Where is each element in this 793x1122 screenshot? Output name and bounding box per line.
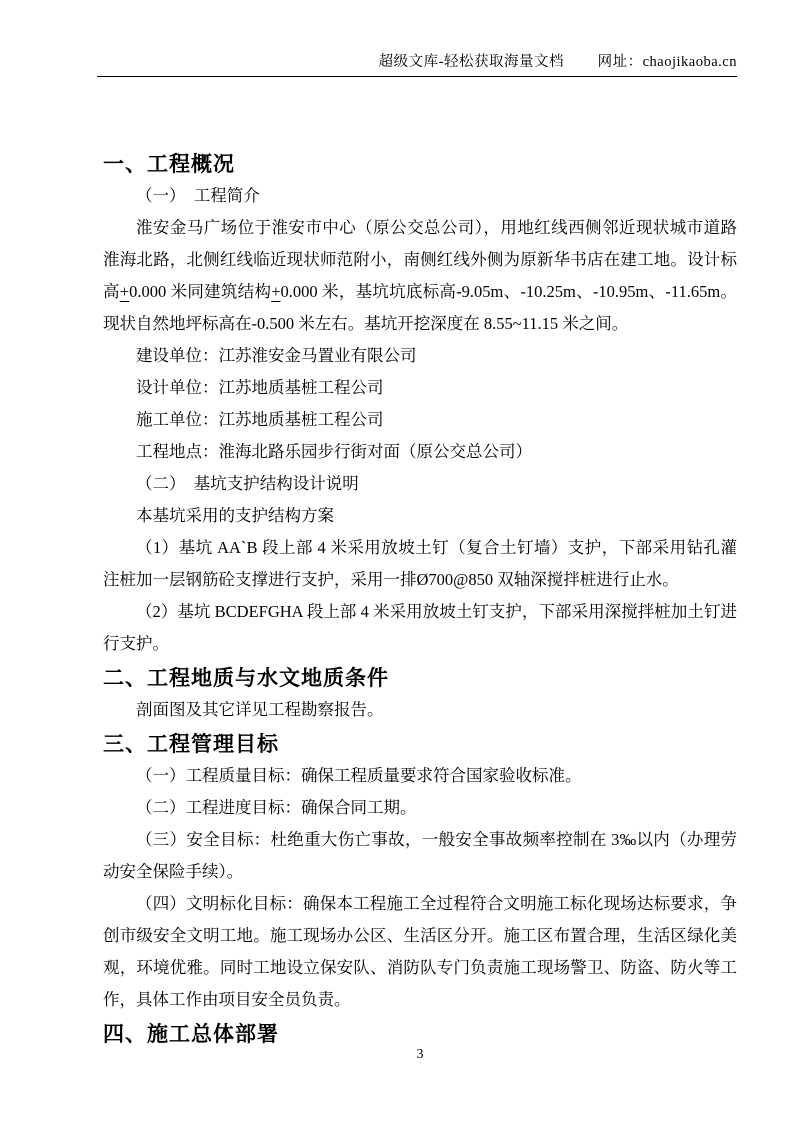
paragraph: 建设单位：江苏淮安金马置业有限公司 xyxy=(103,340,737,372)
paragraph: 施工单位：江苏地质基桩工程公司 xyxy=(103,404,737,436)
document-body: 一、工程概况（一） 工程简介淮安金马广场位于淮安市中心（原公交总公司），用地红线… xyxy=(103,146,737,1050)
paragraph: 淮安金马广场位于淮安市中心（原公交总公司），用地红线西侧邻近现状城市道路淮海北路… xyxy=(103,212,737,340)
paragraph: （2）基坑 BCDEFGHA 段上部 4 米采用放坡土钉支护，下部采用深搅拌桩加… xyxy=(103,596,737,660)
subsection-heading: （二） 基坑支护结构设计说明 xyxy=(103,468,737,500)
paragraph: （三）安全目标：杜绝重大伤亡事故，一般安全事故频率控制在 3‰以内（办理劳动安全… xyxy=(103,824,737,888)
header-divider xyxy=(97,76,737,77)
paragraph: 设计单位：江苏地质基桩工程公司 xyxy=(103,372,737,404)
paragraph: （四）文明标化目标：确保本工程施工全过程符合文明施工标化现场达标要求，争创市级安… xyxy=(103,888,737,1016)
section-heading: 三、工程管理目标 xyxy=(103,730,737,760)
paragraph: 工程地点：淮海北路乐园步行街对面（原公交总公司） xyxy=(103,436,737,468)
page-footer: 3 xyxy=(103,1046,737,1064)
paragraph: （1）基坑 AA`B 段上部 4 米采用放坡土钉（复合土钉墙）支护，下部采用钻孔… xyxy=(103,532,737,596)
underlined-plus-sign: + xyxy=(271,282,280,301)
header-url[interactable]: 网址：chaojikaoba.cn xyxy=(598,54,737,70)
underlined-plus-sign: + xyxy=(120,282,129,301)
page-number: 3 xyxy=(417,1047,424,1062)
section-heading: 二、工程地质与水文地质条件 xyxy=(103,664,737,694)
paragraph: （二）工程进度目标：确保合同工期。 xyxy=(103,792,737,824)
section-heading: 一、工程概况 xyxy=(103,150,737,180)
paragraph: （一）工程质量目标：确保工程质量要求符合国家验收标准。 xyxy=(103,760,737,792)
subsection-heading: （一） 工程简介 xyxy=(103,180,737,212)
document-page: 超级文库-轻松获取海量文档 网址：chaojikaoba.cn 一、工程概况（一… xyxy=(0,0,793,1122)
text-segment: 0.000 米同建筑结构 xyxy=(129,282,271,301)
header-text: 超级文库-轻松获取海量文档 网址：chaojikaoba.cn xyxy=(97,52,737,72)
page-header: 超级文库-轻松获取海量文档 网址：chaojikaoba.cn xyxy=(97,52,737,77)
paragraph: 本基坑采用的支护结构方案 xyxy=(103,500,737,532)
header-brand: 超级文库-轻松获取海量文档 xyxy=(379,54,564,70)
paragraph: 剖面图及其它详见工程勘察报告。 xyxy=(103,694,737,726)
